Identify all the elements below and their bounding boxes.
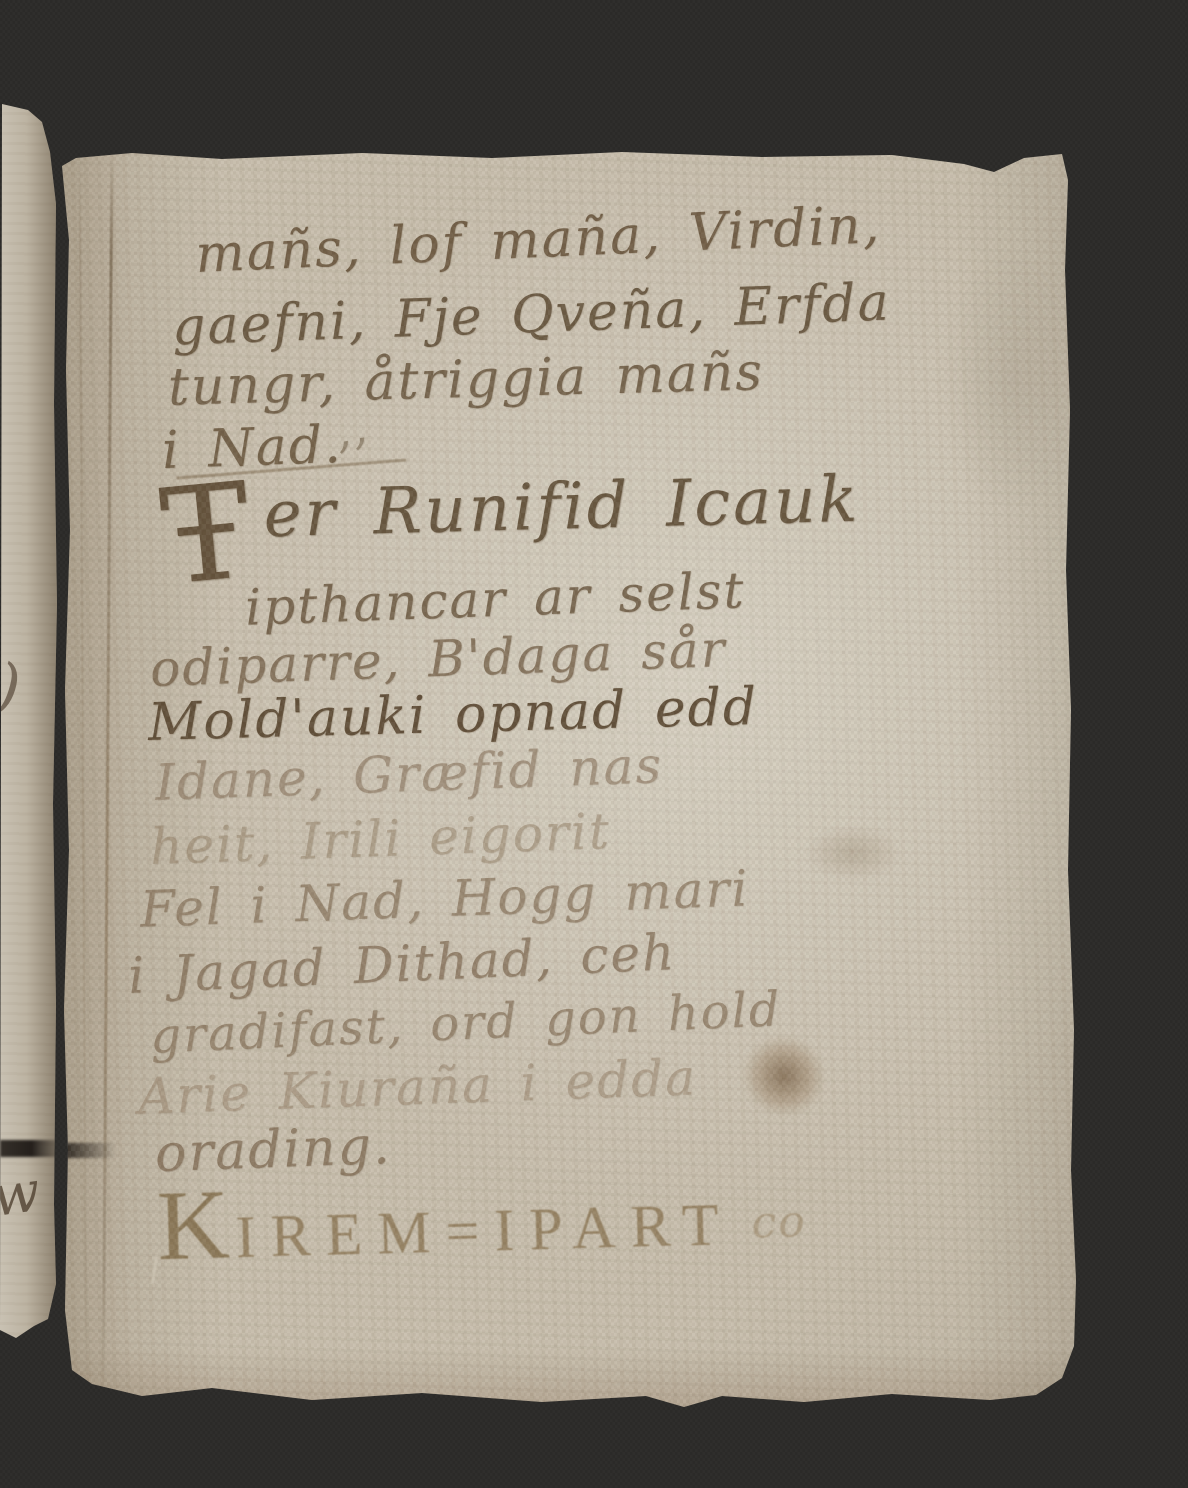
large-initial-letter: Ŧ xyxy=(155,454,257,616)
facing-leaf-edge: ) w xyxy=(0,104,58,1345)
display-capital-initial: K xyxy=(156,1168,237,1281)
text-line: mañs, lof maña, Virdin, xyxy=(194,195,882,285)
manuscript-page: mañs, lof maña, Virdin, gaefni, Fje Qveñ… xyxy=(62,150,1078,1408)
ink-smudge xyxy=(0,1140,58,1157)
text-line: heit, Irili eigorit xyxy=(149,802,612,876)
text-line: gaefni, Fje Qveña, Erfda xyxy=(171,272,891,357)
text-line: er Runifid Icauk xyxy=(263,463,861,553)
display-capitals-line: KIREM=IPARTco xyxy=(156,1152,790,1283)
manuscript-scan: ) w mañs, lof maña, Virdin, gaefni, Fje … xyxy=(0,0,1188,1488)
handwritten-text-block: mañs, lof maña, Virdin, gaefni, Fje Qveñ… xyxy=(62,150,1078,1408)
display-capitals: IREM=IPART xyxy=(235,1191,735,1270)
margin-ink-mark: w xyxy=(0,1159,44,1230)
margin-ink-mark: ) xyxy=(0,649,24,724)
display-suffix: co xyxy=(751,1196,807,1248)
